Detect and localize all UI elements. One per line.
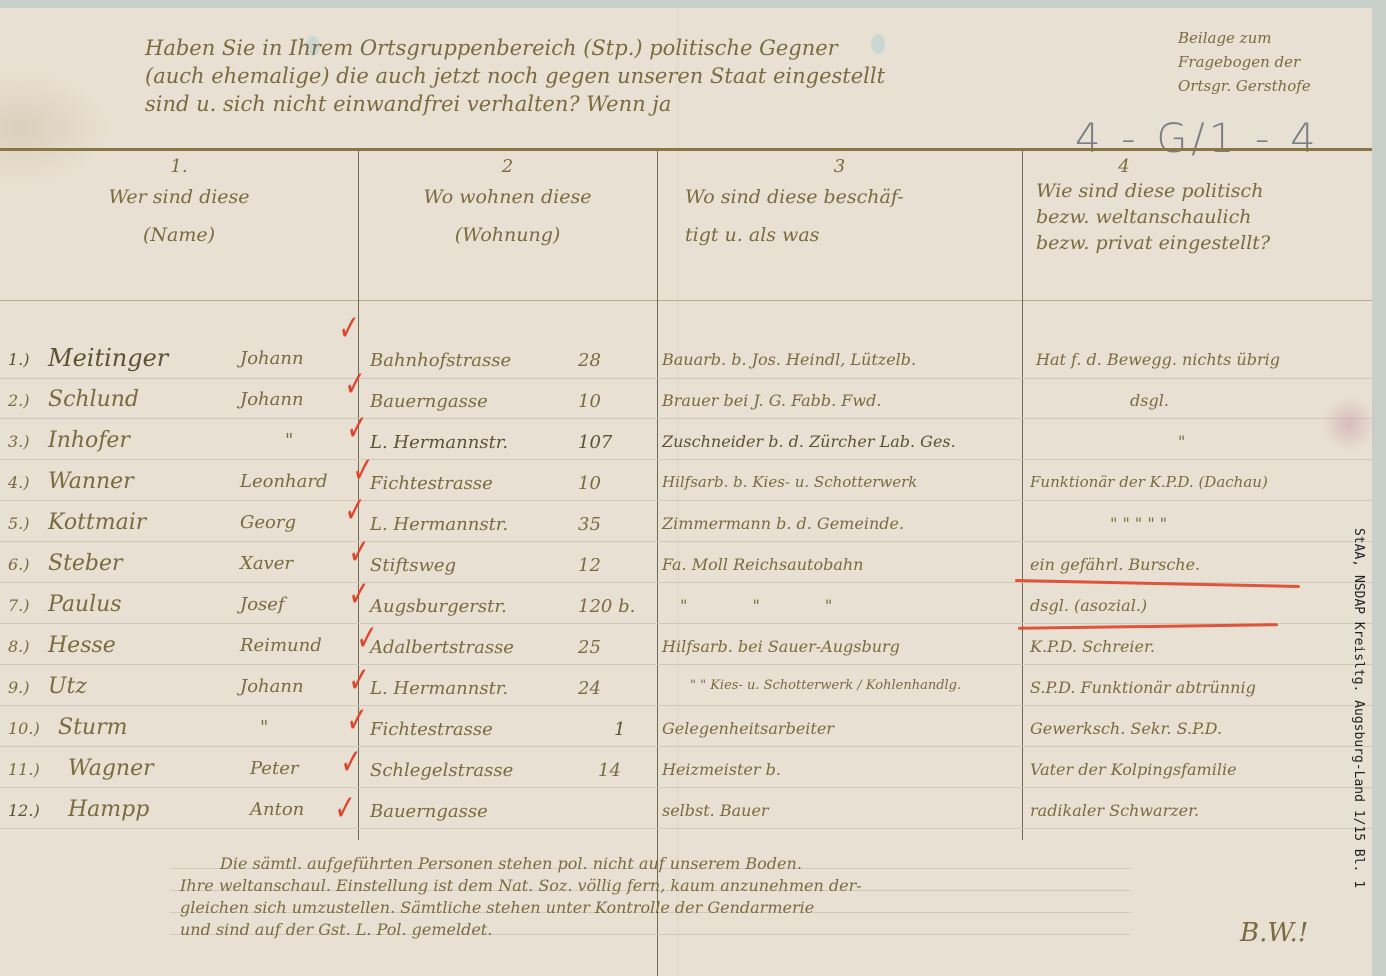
row-number: 2.) xyxy=(8,391,30,410)
ruled-line xyxy=(0,746,1372,747)
house-number: 28 xyxy=(578,350,601,371)
employment: " " " xyxy=(680,596,832,615)
column-number: 4 xyxy=(1036,156,1372,178)
surname: Wagner xyxy=(68,756,154,781)
ruled-line xyxy=(0,664,1372,665)
column-sublabel: bezw. privat eingestellt? xyxy=(1036,230,1372,256)
firstname: Josef xyxy=(240,594,285,615)
ruled-line xyxy=(0,541,1372,542)
red-check-icon: ✓ xyxy=(345,490,366,531)
attitude: dsgl. (asozial.) xyxy=(1030,596,1147,615)
street: L. Hermannstr. xyxy=(370,514,508,535)
document-sheet: Haben Sie in Ihrem Ortsgruppenbereich (S… xyxy=(0,8,1372,976)
house-number: 12 xyxy=(578,555,601,576)
footer-line: Die sämtl. aufgeführten Personen stehen … xyxy=(180,853,1160,875)
attitude: radikaler Schwarzer. xyxy=(1030,801,1199,820)
row-number: 6.) xyxy=(8,555,30,574)
attitude: ein gefährl. Bursche. xyxy=(1030,555,1200,574)
red-check-icon: ✓ xyxy=(345,364,366,405)
red-check-icon: ✓ xyxy=(335,788,356,829)
firstname: Georg xyxy=(240,512,296,533)
employment: Hilfsarb. bei Sauer-Augsburg xyxy=(662,637,900,656)
house-number: 120 b. xyxy=(578,596,635,617)
row-number: 3.) xyxy=(8,432,30,451)
employment: Gelegenheitsarbeiter xyxy=(662,719,834,738)
red-check-icon: ✓ xyxy=(349,660,370,701)
column-number: 2 xyxy=(358,156,657,178)
firstname: " xyxy=(260,717,268,738)
ruled-line xyxy=(0,787,1372,788)
ruled-line xyxy=(0,500,1372,501)
column-sublabel: (Wohnung) xyxy=(358,216,657,254)
street: Adalbertstrasse xyxy=(370,637,514,658)
surname: Hesse xyxy=(48,633,116,658)
firstname: Peter xyxy=(250,758,298,779)
attitude: Gewerksch. Sekr. S.P.D. xyxy=(1030,719,1222,738)
page-fold xyxy=(676,8,679,976)
column-number: 3 xyxy=(685,156,1022,178)
street: L. Hermannstr. xyxy=(370,432,508,453)
firstname: Johann xyxy=(240,389,304,410)
street: Stiftsweg xyxy=(370,555,456,576)
street: Fichtestrasse xyxy=(370,719,493,740)
house-number: 107 xyxy=(578,432,612,453)
attitude: S.P.D. Funktionär abtrünnig xyxy=(1030,678,1256,697)
employment: " " Kies- u. Schotterwerk / Kohlenhandlg… xyxy=(690,678,961,693)
row-number: 8.) xyxy=(8,637,30,656)
question-line: (auch ehemalige) die auch jetzt noch geg… xyxy=(145,62,1015,90)
form-question: Haben Sie in Ihrem Ortsgruppenbereich (S… xyxy=(145,34,1015,118)
red-underline xyxy=(1018,623,1278,630)
column-label: Wer sind diese xyxy=(0,178,358,216)
surname: Kottmair xyxy=(48,510,146,535)
question-line: sind u. sich nicht einwandfrei verhalten… xyxy=(145,90,1015,118)
column-sublabel: (Name) xyxy=(0,216,358,254)
employment: Fa. Moll Reichsautobahn xyxy=(662,555,863,574)
side-note-line: Ortsgr. Gersthofe xyxy=(1178,74,1358,98)
firstname: Leonhard xyxy=(240,471,328,492)
firstname: Reimund xyxy=(240,635,322,656)
side-note: Beilage zum Fragebogen der Ortsgr. Gerst… xyxy=(1178,26,1358,98)
header-bottom-rule xyxy=(0,300,1372,301)
row-number: 9.) xyxy=(8,678,30,697)
red-check-icon: ✓ xyxy=(339,308,360,349)
red-check-icon: ✓ xyxy=(347,700,368,741)
ruled-line xyxy=(0,459,1372,460)
question-line: Haben Sie in Ihrem Ortsgruppenbereich (S… xyxy=(145,34,1015,62)
attitude: Hat f. d. Bewegg. nichts übrig xyxy=(1036,350,1280,369)
column-sublabel: tigt u. als was xyxy=(685,216,1022,254)
employment: Heizmeister b. xyxy=(662,760,781,779)
red-underline xyxy=(1015,579,1300,588)
house-number: 35 xyxy=(578,514,601,535)
employment: Bauarb. b. Jos. Heindl, Lützelb. xyxy=(662,350,916,369)
house-number: 10 xyxy=(578,473,601,494)
surname: Steber xyxy=(48,551,123,576)
table-top-rule xyxy=(0,148,1372,151)
attitude: " " " " " xyxy=(1110,514,1167,533)
house-number: 14 xyxy=(598,760,621,781)
street: Bahnhofstrasse xyxy=(370,350,511,371)
footer-note: Die sämtl. aufgeführten Personen stehen … xyxy=(180,853,1160,941)
footer-line: Ihre weltanschaul. Einstellung ist dem N… xyxy=(180,875,1160,897)
house-number: 1 xyxy=(614,719,625,740)
ruled-line xyxy=(0,828,1372,829)
red-check-icon: ✓ xyxy=(349,574,370,615)
house-number: 10 xyxy=(578,391,601,412)
firstname: " xyxy=(285,430,293,451)
employment: selbst. Bauer xyxy=(662,801,769,820)
firstname: Johann xyxy=(240,676,304,697)
column-label: Wo wohnen diese xyxy=(358,178,657,216)
column-header-name: 1. Wer sind diese (Name) xyxy=(0,156,358,254)
ruled-line xyxy=(0,378,1372,379)
surname: Wanner xyxy=(48,469,134,494)
stamp-smudge xyxy=(1320,398,1378,450)
column-sublabel: bezw. weltanschaulich xyxy=(1036,204,1372,230)
column-number: 1. xyxy=(0,156,358,178)
street: Fichtestrasse xyxy=(370,473,493,494)
column-header-residence: 2 Wo wohnen diese (Wohnung) xyxy=(358,156,657,254)
street: L. Hermannstr. xyxy=(370,678,508,699)
archive-stamp: StAA, NSDAP Kreisltg. Augsburg-Land 1/15… xyxy=(1351,528,1366,928)
employment: Zuschneider b. d. Zürcher Lab. Ges. xyxy=(662,432,956,451)
attitude: dsgl. xyxy=(1130,391,1169,410)
house-number: 25 xyxy=(578,637,601,658)
attitude: K.P.D. Schreier. xyxy=(1030,637,1155,656)
house-number: 24 xyxy=(578,678,601,699)
firstname: Anton xyxy=(250,799,304,820)
attitude: Vater der Kolpingsfamilie xyxy=(1030,760,1237,779)
surname: Paulus xyxy=(48,592,122,617)
attitude: Funktionär der K.P.D. (Dachau) xyxy=(1030,473,1268,491)
employment: Zimmermann b. d. Gemeinde. xyxy=(662,514,904,533)
row-number: 1.) xyxy=(8,350,30,369)
surname: Inhofer xyxy=(48,428,130,453)
row-number: 10.) xyxy=(8,719,40,738)
surname: Utz xyxy=(48,674,87,699)
attitude: " xyxy=(1178,432,1185,451)
surname: Meitinger xyxy=(48,344,168,372)
footer-line: und sind auf der Gst. L. Pol. gemeldet. xyxy=(180,919,1160,941)
ruled-line xyxy=(0,418,1372,419)
employment: Hilfsarb. b. Kies- u. Schotterwerk xyxy=(662,473,917,491)
initials: B.W.! xyxy=(1240,918,1308,948)
column-label: Wie sind diese politisch xyxy=(1036,178,1372,204)
column-header-employment: 3 Wo sind diese beschäf- tigt u. als was xyxy=(657,156,1022,254)
red-check-icon: ✓ xyxy=(347,408,368,449)
street: Bauerngasse xyxy=(370,391,488,412)
column-label: Wo sind diese beschäf- xyxy=(685,178,1022,216)
row-number: 5.) xyxy=(8,514,30,533)
footer-line: gleichen sich umzustellen. Sämtliche ste… xyxy=(180,897,1160,919)
row-number: 7.) xyxy=(8,596,30,615)
column-header-attitude: 4 Wie sind diese politisch bezw. weltans… xyxy=(1022,156,1372,256)
side-note-line: Beilage zum xyxy=(1178,26,1358,50)
street: Bauerngasse xyxy=(370,801,488,822)
firstname: Xaver xyxy=(240,553,293,574)
surname: Schlund xyxy=(48,387,139,412)
row-number: 11.) xyxy=(8,760,40,779)
ruled-line xyxy=(0,705,1372,706)
employment: Brauer bei J. G. Fabb. Fwd. xyxy=(662,391,881,410)
firstname: Johann xyxy=(240,348,304,369)
surname: Sturm xyxy=(58,715,127,740)
red-check-icon: ✓ xyxy=(349,532,370,573)
street: Schlegelstrasse xyxy=(370,760,513,781)
surname: Hampp xyxy=(68,797,149,822)
row-number: 4.) xyxy=(8,473,30,492)
street: Augsburgerstr. xyxy=(370,596,507,617)
side-note-line: Fragebogen der xyxy=(1178,50,1358,74)
red-check-icon: ✓ xyxy=(341,742,362,783)
row-number: 12.) xyxy=(8,801,40,820)
